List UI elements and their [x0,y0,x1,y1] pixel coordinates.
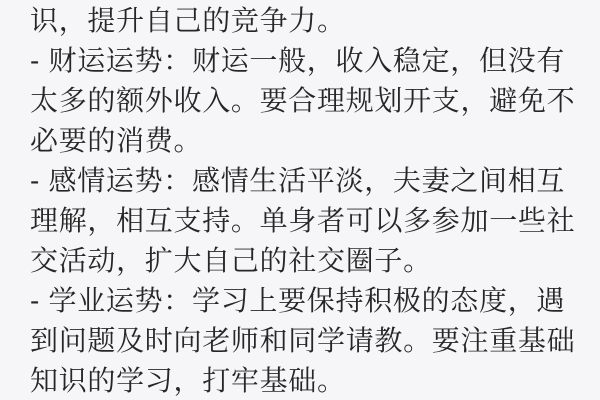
text-line: 理解，相互支持。单身者可以多参加一些社 [30,201,580,241]
document-page: 识，提升自己的竞争力。 - 财运运势：财运一般，收入稳定，但没有 太多的额外收入… [0,0,600,400]
text-line-bullet-love: - 感情运势：感情生活平淡，夫妻之间相互 [30,161,580,201]
text-line: 太多的额外收入。要合理规划开支，避免不 [30,81,580,121]
text-line: 必要的消费。 [30,121,580,161]
text-line: 识，提升自己的竞争力。 [30,1,580,41]
text-line-bullet-wealth: - 财运运势：财运一般，收入稳定，但没有 [30,41,580,81]
text-line-bullet-study: - 学业运势：学习上要保持积极的态度，遇 [30,281,580,321]
text-line: 知识的学习，打牢基础。 [30,361,580,400]
text-line: 交活动，扩大自己的社交圈子。 [30,241,580,281]
text-line: 到问题及时向老师和同学请教。要注重基础 [30,321,580,361]
